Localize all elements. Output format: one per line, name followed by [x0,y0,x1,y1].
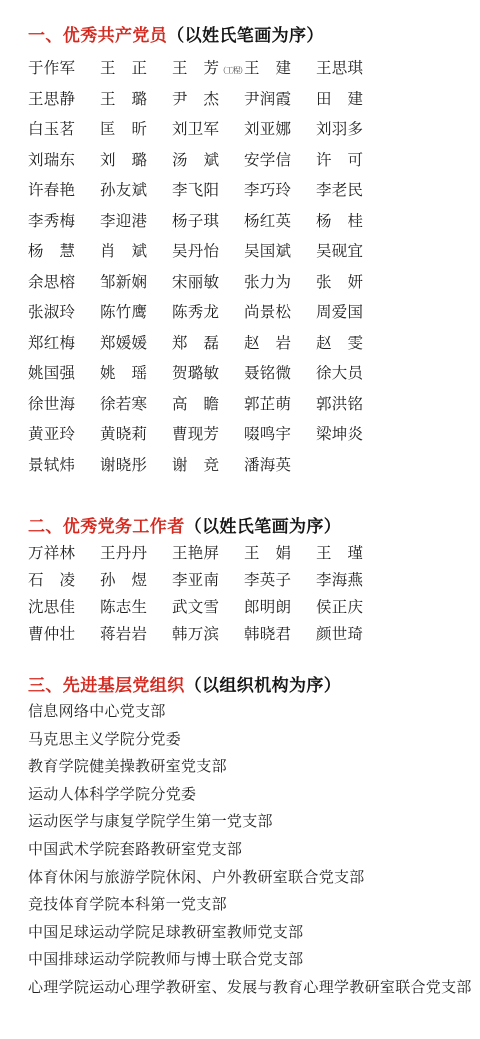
person-name-text: 刘羽多 [316,122,363,138]
person-name: 宋丽敏 [172,275,219,291]
person-name: 谢竞 [172,458,219,474]
person-name: 郭芷萌 [244,397,291,413]
person-name: 武文雪 [172,600,219,616]
person-name-text: 陈志生 [100,600,147,616]
person-name: 万祥林 [28,546,75,562]
person-name: 曹仲壮 [28,627,75,643]
person-name: 郎明朗 [244,600,291,616]
person-name: 刘亚娜 [244,122,291,138]
person-name-text: 王丹丹 [100,546,147,562]
person-name-text: 李海燕 [316,573,363,589]
person-name-text: 刘瑞东 [28,153,75,169]
person-name-text: 武文雪 [172,600,219,616]
person-name: 安学信 [244,153,291,169]
person-name: 许春艳 [28,183,75,199]
name-row: 徐世海徐若寒高瞻郭芷萌郭洪铭 [28,390,470,421]
person-name: 贺璐敏 [172,366,219,382]
person-name-text: 尹润霞 [244,92,291,108]
section-2-heading-title: 二、优秀党务工作者 [28,517,185,536]
person-name-text: 沈思佳 [28,600,75,616]
section-advanced-grassroots-party-organizations: 三、先进基层党组织（以组织机构为序） 信息网络中心党支部马克思主义学院分党委教育… [28,676,470,1003]
name-row: 杨慧肖斌吴丹怡吴国斌吴砚宜 [28,237,470,268]
person-name: 李英子 [244,573,291,589]
person-name-text: 黄晓莉 [100,427,147,443]
person-name: 李飞阳 [172,183,219,199]
person-name: 张淑玲 [28,305,75,321]
person-name-text: 颜世琦 [316,627,363,643]
person-name-text: 郭洪铭 [316,397,363,413]
org-item: 运动医学与康复学院学生第一党支部 [28,809,470,837]
person-name-text: 徐大员 [316,366,363,382]
person-name: 邹新娴 [100,275,147,291]
person-name: 郭洪铭 [316,397,363,413]
person-name-text: 李迎港 [100,214,147,230]
person-name: 王璐 [100,92,147,108]
person-name-text: 王璐 [100,92,147,108]
person-name: 于作军 [28,61,75,77]
person-name: 吴国斌 [244,244,291,260]
person-name-text: 石凌 [28,573,75,589]
person-name-text: 刘卫军 [172,122,219,138]
person-name: 赵岩 [244,336,291,352]
document-page: 一、优秀共产党员（以姓氏笔画为序） 于作军王正王芳（工程）王建王思琪王思静王璐尹… [0,0,480,1033]
person-name-text: 吴国斌 [244,244,291,260]
section-1-heading-title: 一、优秀共产党员 [28,26,167,45]
person-name-text: 汤斌 [172,153,219,169]
person-name-text: 许可 [316,153,363,169]
person-name: 潘海英 [244,458,291,474]
person-name-text: 李老民 [316,183,363,199]
person-name-text: 王艳屏 [172,546,219,562]
person-name: 王思静 [28,92,75,108]
person-name-text: 孙煜 [100,573,147,589]
person-name: 孙友斌 [100,183,147,199]
person-name-text: 王建 [244,61,291,77]
name-row: 李秀梅李迎港杨子琪杨红英杨桂 [28,207,470,238]
person-name: 李巧玲 [244,183,291,199]
person-name-text: 韩万滨 [172,627,219,643]
person-name-text: 邹新娴 [100,275,147,291]
name-row: 许春艳孙友斌李飞阳李巧玲李老民 [28,176,470,207]
person-name-text: 侯正庆 [316,600,363,616]
person-name: 徐世海 [28,397,75,413]
person-name-text: 宋丽敏 [172,275,219,291]
person-name: 田建 [316,92,363,108]
person-name-text: 景轼炜 [28,458,75,474]
person-name-text: 尹杰 [172,92,219,108]
name-row: 姚国强姚瑶贺璐敏聂铭微徐大员 [28,359,470,390]
person-name: 徐若寒 [100,397,147,413]
person-name-annotation: （工程） [219,65,247,76]
person-name: 王丹丹 [100,546,147,562]
person-name-text: 谢晓彤 [100,458,147,474]
person-name-text: 张力为 [244,275,291,291]
person-name: 许可 [316,153,363,169]
section-2-name-grid: 万祥林王丹丹王艳屏王娟王瑾石凌孙煜李亚南李英子李海燕沈思佳陈志生武文雪郎明朗侯正… [28,541,470,649]
person-name-text: 王瑾 [316,546,363,562]
name-row: 黄亚玲黄晓莉曹现芳啜鸣宇梁坤炎 [28,420,470,451]
section-3-heading-title: 三、先进基层党组织 [28,676,185,695]
person-name: 李海燕 [316,573,363,589]
org-item: 教育学院健美操教研室党支部 [28,754,470,782]
person-name: 孙煜 [100,573,147,589]
person-name-text: 曹仲壮 [28,627,75,643]
org-item: 信息网络中心党支部 [28,699,470,727]
person-name-text: 韩晓君 [244,627,291,643]
person-name-text: 张妍 [316,275,363,291]
person-name-text: 余思榕 [28,275,75,291]
org-item: 体育休闲与旅游学院休闲、户外教研室联合党支部 [28,865,470,893]
person-name: 梁坤炎 [316,427,363,443]
name-row: 于作军王正王芳（工程）王建王思琪 [28,54,470,85]
person-name-text: 周爱国 [316,305,363,321]
person-name: 郑媛媛 [100,336,147,352]
person-name: 匡昕 [100,122,147,138]
person-name-text: 许春艳 [28,183,75,199]
section-1-heading-note: （以姓氏笔画为序） [167,26,324,45]
person-name: 黄亚玲 [28,427,75,443]
section-1-heading: 一、优秀共产党员（以姓氏笔画为序） [28,26,470,46]
person-name: 徐大员 [316,366,363,382]
org-item: 中国武术学院套路教研室党支部 [28,837,470,865]
person-name-text: 白玉茗 [28,122,75,138]
person-name: 刘瑞东 [28,153,75,169]
section-3-heading-note: （以组织机构为序） [185,676,342,695]
person-name-text: 郭芷萌 [244,397,291,413]
person-name-text: 郑红梅 [28,336,75,352]
person-name-text: 王娟 [244,546,291,562]
person-name-text: 赵岩 [244,336,291,352]
person-name: 杨桂 [316,214,363,230]
person-name: 杨红英 [244,214,291,230]
person-name-text: 陈秀龙 [172,305,219,321]
name-row: 万祥林王丹丹王艳屏王娟王瑾 [28,541,470,568]
person-name-text: 王思静 [28,92,75,108]
person-name: 景轼炜 [28,458,75,474]
person-name-text: 肖斌 [100,244,147,260]
person-name-text: 郑媛媛 [100,336,147,352]
person-name: 姚瑶 [100,366,147,382]
person-name: 王艳屏 [172,546,219,562]
person-name: 聂铭微 [244,366,291,382]
person-name-text: 姚国强 [28,366,75,382]
person-name: 陈秀龙 [172,305,219,321]
person-name: 吴丹怡 [172,244,219,260]
person-name-text: 聂铭微 [244,366,291,382]
person-name-text: 郎明朗 [244,600,291,616]
person-name-text: 万祥林 [28,546,75,562]
section-2-heading: 二、优秀党务工作者（以姓氏笔画为序） [28,517,470,537]
person-name-text: 李亚南 [172,573,219,589]
org-item: 竞技体育学院本科第一党支部 [28,892,470,920]
person-name: 谢晓彤 [100,458,147,474]
name-row: 余思榕邹新娴宋丽敏张力为张妍 [28,268,470,299]
person-name: 周爱国 [316,305,363,321]
person-name-text: 曹现芳 [172,427,219,443]
person-name-text: 蒋岩岩 [100,627,147,643]
person-name-text: 高瞻 [172,397,219,413]
person-name-text: 刘亚娜 [244,122,291,138]
section-outstanding-party-affairs-workers: 二、优秀党务工作者（以姓氏笔画为序） 万祥林王丹丹王艳屏王娟王瑾石凌孙煜李亚南李… [28,517,470,649]
section-2-heading-note: （以姓氏笔画为序） [185,517,342,536]
person-name: 王建 [244,61,291,77]
person-name: 肖斌 [100,244,147,260]
person-name-text: 潘海英 [244,458,291,474]
person-name: 杨子琪 [172,214,219,230]
person-name-text: 杨红英 [244,214,291,230]
person-name: 李秀梅 [28,214,75,230]
person-name-text: 贺璐敏 [172,366,219,382]
person-name: 黄晓莉 [100,427,147,443]
person-name: 张力为 [244,275,291,291]
person-name: 侯正庆 [316,600,363,616]
name-row: 郑红梅郑媛媛郑磊赵岩赵雯 [28,329,470,360]
person-name-text: 田建 [316,92,363,108]
person-name: 郑红梅 [28,336,75,352]
person-name: 李老民 [316,183,363,199]
person-name-text: 郑磊 [172,336,219,352]
org-item: 心理学院运动心理学教研室、发展与教育心理学教研室联合党支部 [28,975,470,1003]
person-name-text: 王思琪 [316,61,363,77]
person-name-text: 啜鸣宇 [244,427,291,443]
person-name-text: 王芳 [172,61,219,77]
name-row: 白玉茗匡昕刘卫军刘亚娜刘羽多 [28,115,470,146]
person-name: 王瑾 [316,546,363,562]
person-name-text: 吴砚宜 [316,244,363,260]
person-name: 高瞻 [172,397,219,413]
person-name-text: 杨慧 [28,244,75,260]
person-name-text: 徐世海 [28,397,75,413]
person-name-text: 谢竞 [172,458,219,474]
person-name: 赵雯 [316,336,363,352]
person-name: 白玉茗 [28,122,75,138]
person-name-text: 徐若寒 [100,397,147,413]
org-item: 中国排球运动学院教师与博士联合党支部 [28,947,470,975]
person-name: 郑磊 [172,336,219,352]
name-row: 景轼炜谢晓彤谢竞潘海英 [28,451,470,482]
person-name: 姚国强 [28,366,75,382]
section-3-heading: 三、先进基层党组织（以组织机构为序） [28,676,470,696]
org-item: 运动人体科学学院分党委 [28,782,470,810]
person-name-text: 匡昕 [100,122,147,138]
person-name: 啜鸣宇 [244,427,291,443]
person-name: 王正 [100,61,147,77]
person-name: 尹润霞 [244,92,291,108]
org-item: 马克思主义学院分党委 [28,727,470,755]
person-name-text: 李英子 [244,573,291,589]
person-name-text: 杨桂 [316,214,363,230]
section-1-name-grid: 于作军王正王芳（工程）王建王思琪王思静王璐尹杰尹润霞田建白玉茗匡昕刘卫军刘亚娜刘… [28,54,470,481]
person-name: 陈志生 [100,600,147,616]
person-name-text: 李秀梅 [28,214,75,230]
person-name: 陈竹鹰 [100,305,147,321]
person-name: 李迎港 [100,214,147,230]
person-name-text: 安学信 [244,153,291,169]
name-row: 沈思佳陈志生武文雪郎明朗侯正庆 [28,595,470,622]
person-name: 刘璐 [100,153,147,169]
person-name: 王思琪 [316,61,363,77]
person-name: 沈思佳 [28,600,75,616]
person-name: 刘卫军 [172,122,219,138]
person-name-text: 孙友斌 [100,183,147,199]
person-name-text: 杨子琪 [172,214,219,230]
person-name-text: 王正 [100,61,147,77]
person-name-text: 于作军 [28,61,75,77]
person-name: 韩万滨 [172,627,219,643]
person-name: 韩晓君 [244,627,291,643]
person-name: 余思榕 [28,275,75,291]
person-name: 尚景松 [244,305,291,321]
person-name: 石凌 [28,573,75,589]
name-row: 曹仲壮蒋岩岩韩万滨韩晓君颜世琦 [28,622,470,649]
person-name-text: 梁坤炎 [316,427,363,443]
person-name-text: 李巧玲 [244,183,291,199]
person-name-text: 李飞阳 [172,183,219,199]
person-name: 吴砚宜 [316,244,363,260]
person-name: 蒋岩岩 [100,627,147,643]
person-name-text: 尚景松 [244,305,291,321]
person-name: 尹杰 [172,92,219,108]
person-name-text: 吴丹怡 [172,244,219,260]
person-name: 曹现芳 [172,427,219,443]
person-name-text: 刘璐 [100,153,147,169]
person-name: 李亚南 [172,573,219,589]
person-name-text: 姚瑶 [100,366,147,382]
person-name-text: 张淑玲 [28,305,75,321]
name-row: 石凌孙煜李亚南李英子李海燕 [28,568,470,595]
person-name-text: 黄亚玲 [28,427,75,443]
person-name-text: 赵雯 [316,336,363,352]
person-name: 王娟 [244,546,291,562]
section-outstanding-party-members: 一、优秀共产党员（以姓氏笔画为序） 于作军王正王芳（工程）王建王思琪王思静王璐尹… [28,26,470,481]
name-row: 王思静王璐尹杰尹润霞田建 [28,85,470,116]
person-name: 颜世琦 [316,627,363,643]
name-row: 张淑玲陈竹鹰陈秀龙尚景松周爱国 [28,298,470,329]
section-3-org-list: 信息网络中心党支部马克思主义学院分党委教育学院健美操教研室党支部运动人体科学学院… [28,699,470,1003]
person-name: 杨慧 [28,244,75,260]
person-name-text: 陈竹鹰 [100,305,147,321]
name-row: 刘瑞东刘璐汤斌安学信许可 [28,146,470,177]
person-name: 张妍 [316,275,363,291]
person-name: 刘羽多 [316,122,363,138]
person-name: 汤斌 [172,153,219,169]
person-name: 王芳（工程） [172,61,219,77]
org-item: 中国足球运动学院足球教研室教师党支部 [28,920,470,948]
